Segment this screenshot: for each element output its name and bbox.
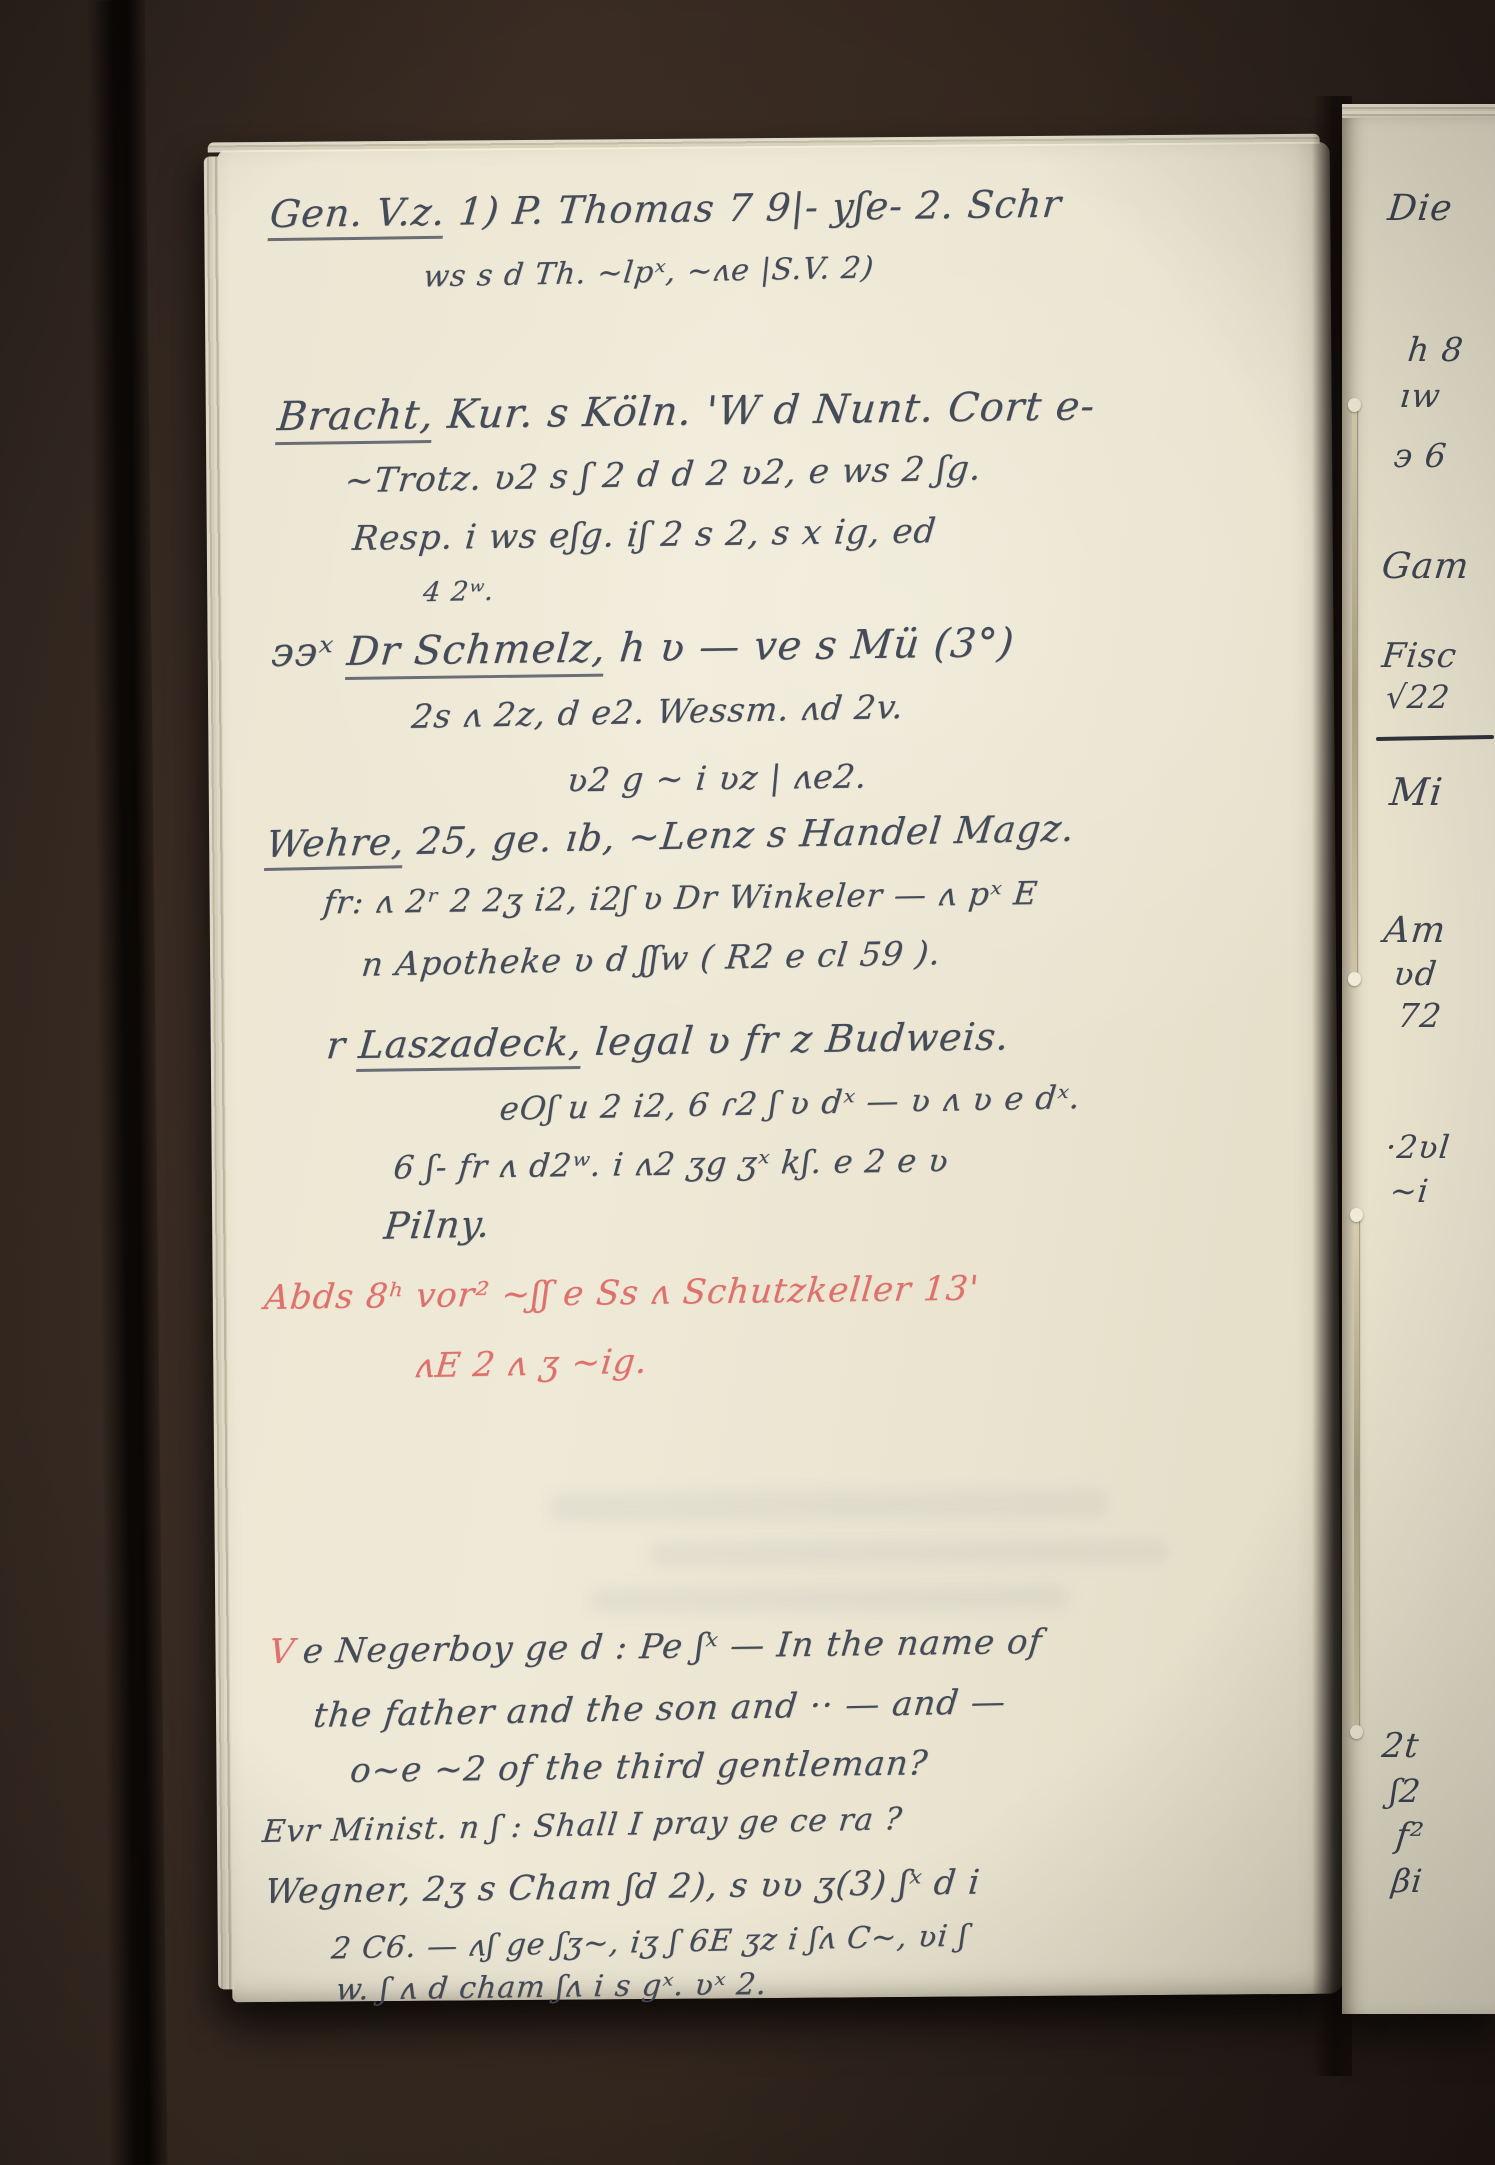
handwritten-fragment: 2t	[1380, 1726, 1422, 1766]
handwritten-fragment: ıw	[1398, 376, 1443, 415]
handwritten-line: r Laszadeck, legal ʋ fr z Budweis.	[325, 1014, 1012, 1067]
handwritten-line: 4 2ʷ.	[422, 576, 496, 608]
handwritten-fragment: ~i	[1388, 1172, 1431, 1210]
handwritten-line: 6 ʃ- fr ʌ d2ʷ. i ʌ2 ʒg ʒˣ kʃ. e 2 e ʋ	[392, 1141, 951, 1186]
handwritten-line: ~Trotz. ʋ2 s ʃ 2 d d 2 ʋ2, e ws 2 ʃg.	[343, 449, 984, 502]
handwritten-fragment: Fisc	[1380, 636, 1459, 676]
ink-divider	[1376, 735, 1494, 741]
handwritten-line-red-ink: Abds 8ʰ vor² ~ʃʃ e Ss ʌ Schutzkeller 13'	[263, 1269, 981, 1318]
handwritten-line: the father and the son and ·· — and —	[311, 1682, 1008, 1736]
ink-bleed-through	[548, 1488, 1108, 1522]
ink-bleed-through	[589, 1584, 1069, 1614]
handwritten-fragment: √22	[1384, 678, 1452, 716]
ink-bleed-through	[649, 1538, 1169, 1568]
handwritten-line: 2s ʌ 2z, d e2. Wessm. ʌd 2v.	[410, 687, 906, 736]
handwritten-line: Ve Negerboy ge d : Pe ʃˣ — In the name o…	[267, 1622, 1044, 1672]
handwritten-line: ʋ2 g ~ i ʋz | ʌe2.	[566, 757, 869, 800]
handwritten-line: Resp. i ws eʃg. iʃ 2 s 2, s x ig, ed	[351, 511, 939, 559]
handwritten-fragment: ϶ 6	[1392, 436, 1449, 475]
handwritten-fragment: Am	[1382, 910, 1448, 951]
handwritten-line: o~e ~2 of the third gentleman?	[348, 1743, 929, 1791]
handwritten-line: Gen. V.z. 1) P. Thomas 7 9|- yʃe- 2. Sch…	[268, 182, 1064, 236]
red-check-mark: V	[267, 1632, 304, 1672]
handwritten-fragment: Die	[1386, 188, 1455, 229]
handwritten-line: Evr Minist. n ʃ : Shall I pray ge ce ra …	[261, 1801, 905, 1850]
handwritten-line: 2 C6. — ʌʃ ge ʃʒ~, iʒ ʃ 6E ʒz i ʃʌ C~, ʋ…	[330, 1919, 970, 1967]
handwritten-line: w. ʃ ʌ d cham ʃʌ i s gˣ. ʋˣ 2.	[334, 1967, 768, 2008]
handwritten-line: Wegner, 2ʒ s Cham ʃd 2), s ʋʋ ʒ(3) ʃˣ d …	[263, 1863, 982, 1912]
handwritten-line-red-ink: ʌE 2 ʌ ʒ ~ig.	[413, 1342, 650, 1387]
handwritten-fragment: Gam	[1380, 546, 1472, 587]
handwritten-line: Wehre, 25, ge. ıb, ~Lenz s Handel Magz.	[264, 807, 1077, 866]
notebook-photo: Gen. V.z. 1) P. Thomas 7 9|- yʃe- 2. Sch…	[0, 0, 1495, 2165]
handwritten-line: Pilny.	[382, 1203, 493, 1248]
handwritten-line: Bracht, Kur. s Köln. 'W d Nunt. Cort e-	[276, 383, 1098, 440]
handwritten-fragment: Mi	[1388, 770, 1446, 814]
handwritten-line: n Apotheke ʋ d ʃʃw ( R2 e cl 59 ).	[360, 933, 943, 984]
notebook-right-page: Die h 8 ıw ϶ 6 Gam Fisc √22 Mi Am ʋd 72 …	[1342, 118, 1495, 2014]
handwritten-fragment: ·2ʋl	[1384, 1128, 1452, 1166]
stitching-thread	[1352, 406, 1357, 978]
handwritten-fragment: f²	[1394, 1816, 1426, 1856]
book-cover-edge	[87, 0, 168, 2165]
handwritten-line: eOʃ u 2 i2, 6 ɾ2 ʃ ʋ dˣ — ʋ ʌ ʋ e dˣ.	[498, 1078, 1083, 1128]
notebook-left-page: Gen. V.z. 1) P. Thomas 7 9|- yʃe- 2. Sch…	[218, 142, 1345, 2003]
handwritten-line: fr: ʌ 2ʳ 2 2ʒ i2, i2ʃ ʋ Dr Winkeler — ʌ …	[322, 874, 1040, 921]
handwritten-fragment: h 8	[1406, 330, 1466, 369]
handwritten-fragment: βi	[1390, 1862, 1425, 1900]
handwritten-line: ws s d Th. ~lpˣ, ~ʌe |S.V. 2)	[422, 250, 876, 294]
handwritten-fragment: ʋd	[1392, 954, 1439, 993]
stitching-thread	[1354, 1216, 1359, 1731]
handwritten-fragment: 72	[1396, 996, 1444, 1035]
handwritten-fragment: ʃ2	[1388, 1772, 1423, 1810]
handwritten-line: ϶϶ˣ Dr Schmelz, h ʋ — ve s Mü (3°)	[269, 620, 1016, 676]
